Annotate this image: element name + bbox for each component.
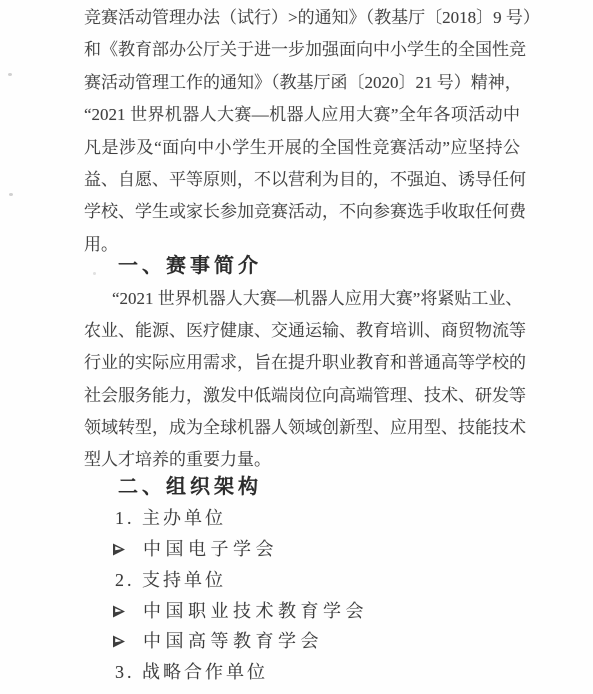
- paragraph-line: 领域转型，成为全球机器人领域创新型、应用型、技能技术: [84, 412, 520, 444]
- org-list-bullet-item: 中国高等教育学会: [84, 626, 520, 657]
- section-heading-organization: 二、组织架构: [84, 471, 520, 503]
- paragraph-line: 学校、学生或家长参加竞赛活动，不向参赛选手收取任何费: [84, 196, 520, 228]
- paragraph-line: 社会服务能力，激发中低端岗位向高端管理、技术、研发等: [84, 380, 520, 412]
- organization-list: 1. 主办单位 中国电子学会 2. 支持单位: [84, 503, 520, 688]
- org-name: 中国职业技术教育学会: [143, 596, 368, 627]
- scan-artifact: [9, 193, 13, 196]
- arrow-bullet-icon: [112, 542, 143, 557]
- section-heading-event-intro: 一、赛事简介: [84, 250, 520, 282]
- paragraph-line: 行业的实际应用需求，旨在提升职业教育和普通高等学校的: [84, 347, 520, 379]
- paragraph-line: “2021 世界机器人大赛—机器人应用大赛”将紧贴工业、: [84, 283, 520, 315]
- paragraph-line: 凡是涉及“面向中小学生开展的全国性竞赛活动”应坚持公: [84, 132, 520, 164]
- paragraph-line: “2021 世界机器人大赛—机器人应用大赛”全年各项活动中: [84, 99, 520, 131]
- org-list-number-label: 1. 主办单位: [115, 508, 226, 528]
- paragraph-line: 赛活动管理工作的通知》（教基厅函〔2020〕21 号）精神，: [84, 67, 520, 99]
- org-list-number-item: 2. 支持单位: [84, 565, 520, 596]
- arrow-bullet-icon: [112, 634, 143, 649]
- paragraph-line: 益、自愿、平等原则，不以营利为目的，不强迫、诱导任何: [84, 164, 520, 196]
- org-list-bullet-item: 中国电子学会: [84, 534, 520, 565]
- org-list-number-label: 2. 支持单位: [115, 570, 226, 590]
- org-list-number-item: 3. 战略合作单位: [84, 657, 520, 688]
- paragraph-line: 农业、能源、医疗健康、交通运输、教育培训、商贸物流等: [84, 315, 520, 347]
- org-list-number-label: 3. 战略合作单位: [115, 662, 268, 682]
- org-name: 中国高等教育学会: [143, 626, 323, 657]
- paragraph-line: 和《教育部办公厅关于进一步加强面向中小学生的全国性竞: [84, 34, 520, 66]
- arrow-bullet-icon: [112, 604, 143, 619]
- document-page: 竞赛活动管理办法（试行）>的通知》（教基厅〔2018〕9 号） 和《教育部办公厅…: [0, 0, 593, 694]
- paragraph-line: 竞赛活动管理办法（试行）>的通知》（教基厅〔2018〕9 号）: [84, 2, 520, 34]
- document-content: 竞赛活动管理办法（试行）>的通知》（教基厅〔2018〕9 号） 和《教育部办公厅…: [84, 0, 520, 688]
- org-list-bullet-item: 中国职业技术教育学会: [84, 596, 520, 627]
- org-name: 中国电子学会: [143, 534, 278, 565]
- scan-artifact: [8, 73, 12, 76]
- org-list-number-item: 1. 主办单位: [84, 503, 520, 534]
